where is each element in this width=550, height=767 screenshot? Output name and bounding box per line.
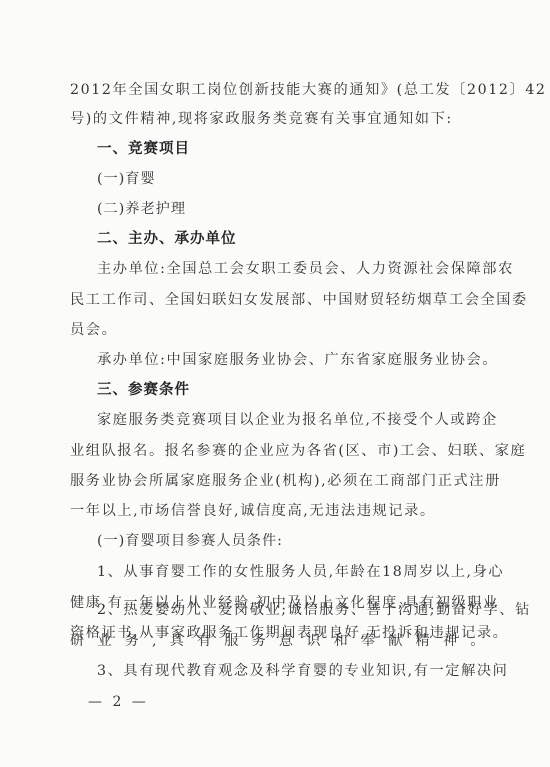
section-heading-1: 一、竞赛项目 — [97, 140, 486, 158]
body-line: 承办单位:中国家庭服务业协会、广东省家庭服务业协会。 — [97, 351, 486, 369]
subheading: (一)育婴项目参赛人员条件: — [97, 532, 486, 550]
section-heading-2: 二、主办、承办单位 — [97, 230, 486, 248]
body-line: 2012年全国女职工岗位创新技能大赛的通知》(总工发〔2012〕42 — [70, 81, 486, 99]
body-line: 研业务,具有服务意识和奉献精神。 — [70, 632, 486, 650]
body-line: 2、热爱婴幼儿、爱岗敬业;诚信服务、善于沟通;勤奋好学、钻 — [97, 601, 486, 619]
body-line: 民工工作司、全国妇联妇女发展部、中国财贸轻纺烟草工会全国委 — [70, 291, 486, 309]
list-item: (一)育婴 — [97, 170, 486, 188]
body-line: 号)的文件精神,现将家政服务类竞赛有关事宜通知如下: — [70, 110, 486, 128]
body-line: 1、从事育婴工作的女性服务人员,年龄在18周岁以上,身心 — [97, 563, 486, 581]
body-line: 业组队报名。报名参赛的企业应为各省(区、市)工会、妇联、家庭 — [70, 442, 486, 460]
document-page: 2012年全国女职工岗位创新技能大赛的通知》(总工发〔2012〕42 号)的文件… — [0, 0, 550, 767]
body-line: 主办单位:全国总工会女职工委员会、人力资源社会保障部农 — [97, 260, 486, 278]
body-line: 员会。 — [70, 321, 486, 339]
body-line: 家庭服务类竞赛项目以企业为报名单位,不接受个人或跨企 — [97, 411, 486, 429]
page-number: — 2 — — [88, 694, 149, 710]
section-heading-3: 三、参赛条件 — [97, 381, 486, 399]
list-item: (二)养老护理 — [97, 200, 486, 218]
body-line: 3、具有现代教育观念及科学育婴的专业知识,有一定解决问 — [97, 662, 486, 680]
body-line: 一年以上,市场信誉良好,诚信度高,无违法违规记录。 — [70, 502, 486, 520]
body-line: 服务业协会所属家庭服务企业(机构),必须在工商部门正式注册 — [70, 472, 486, 490]
